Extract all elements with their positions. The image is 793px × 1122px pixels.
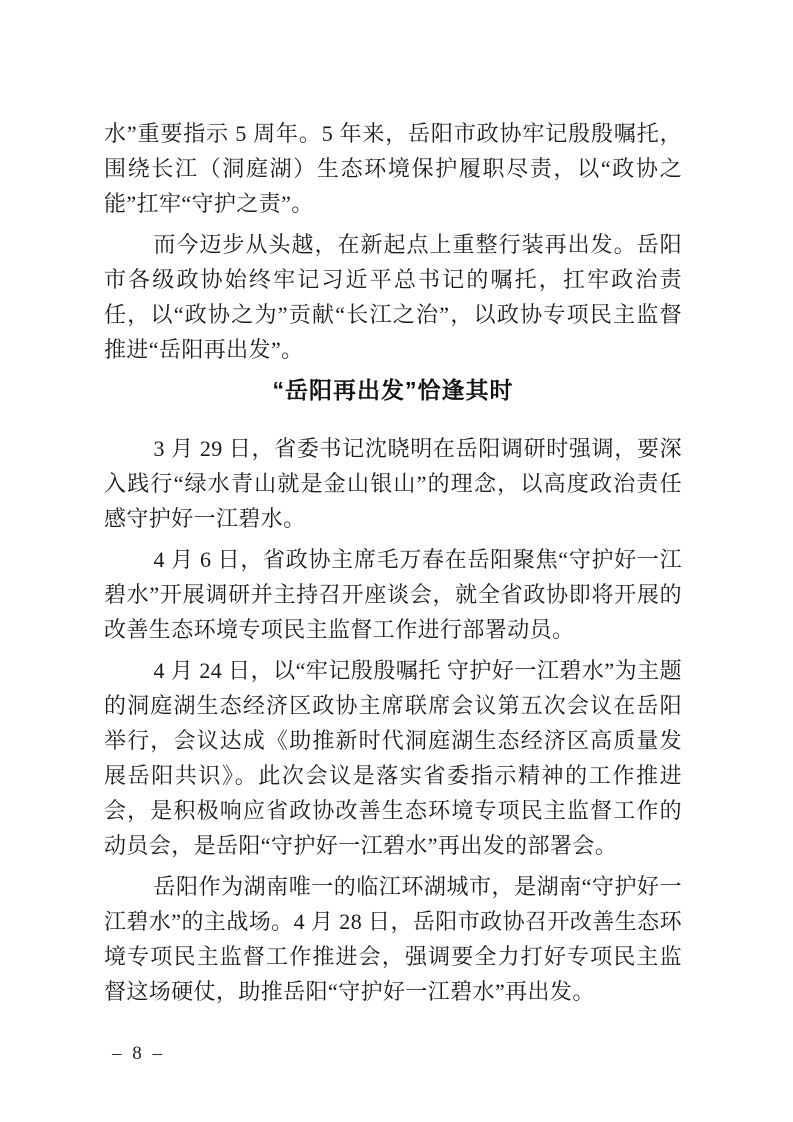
section-heading: “岳阳再出发”恰逢其时 <box>104 373 682 407</box>
page-number: – 8 – <box>112 1042 165 1066</box>
body-paragraph: 岳阳作为湖南唯一的临江环湖城市，是湖南“守护好一江碧水”的主战场。4 月 28 … <box>104 869 682 1009</box>
document-body: 水”重要指示 5 周年。5 年来，岳阳市政协牢记殷殷嘱托，围绕长江（洞庭湖）生态… <box>104 116 682 1015</box>
body-paragraph: 而今迈步从头越，在新起点上重整行装再出发。岳阳市各级政协始终牢记习近平总书记的嘱… <box>104 227 682 367</box>
body-paragraph: 3 月 29 日，省委书记沈晓明在岳阳调研时强调，要深入践行“绿水青山就是金山银… <box>104 431 682 536</box>
body-paragraph: 4 月 24 日，以“牢记殷殷嘱托 守护好一江碧水”为主题的洞庭湖生态经济区政协… <box>104 653 682 863</box>
body-paragraph: 4 月 6 日，省政协主席毛万春在岳阳聚焦“守护好一江碧水”开展调研并主持召开座… <box>104 542 682 647</box>
document-page: 水”重要指示 5 周年。5 年来，岳阳市政协牢记殷殷嘱托，围绕长江（洞庭湖）生态… <box>0 0 793 1122</box>
body-paragraph-continuation: 水”重要指示 5 周年。5 年来，岳阳市政协牢记殷殷嘱托，围绕长江（洞庭湖）生态… <box>104 116 682 221</box>
